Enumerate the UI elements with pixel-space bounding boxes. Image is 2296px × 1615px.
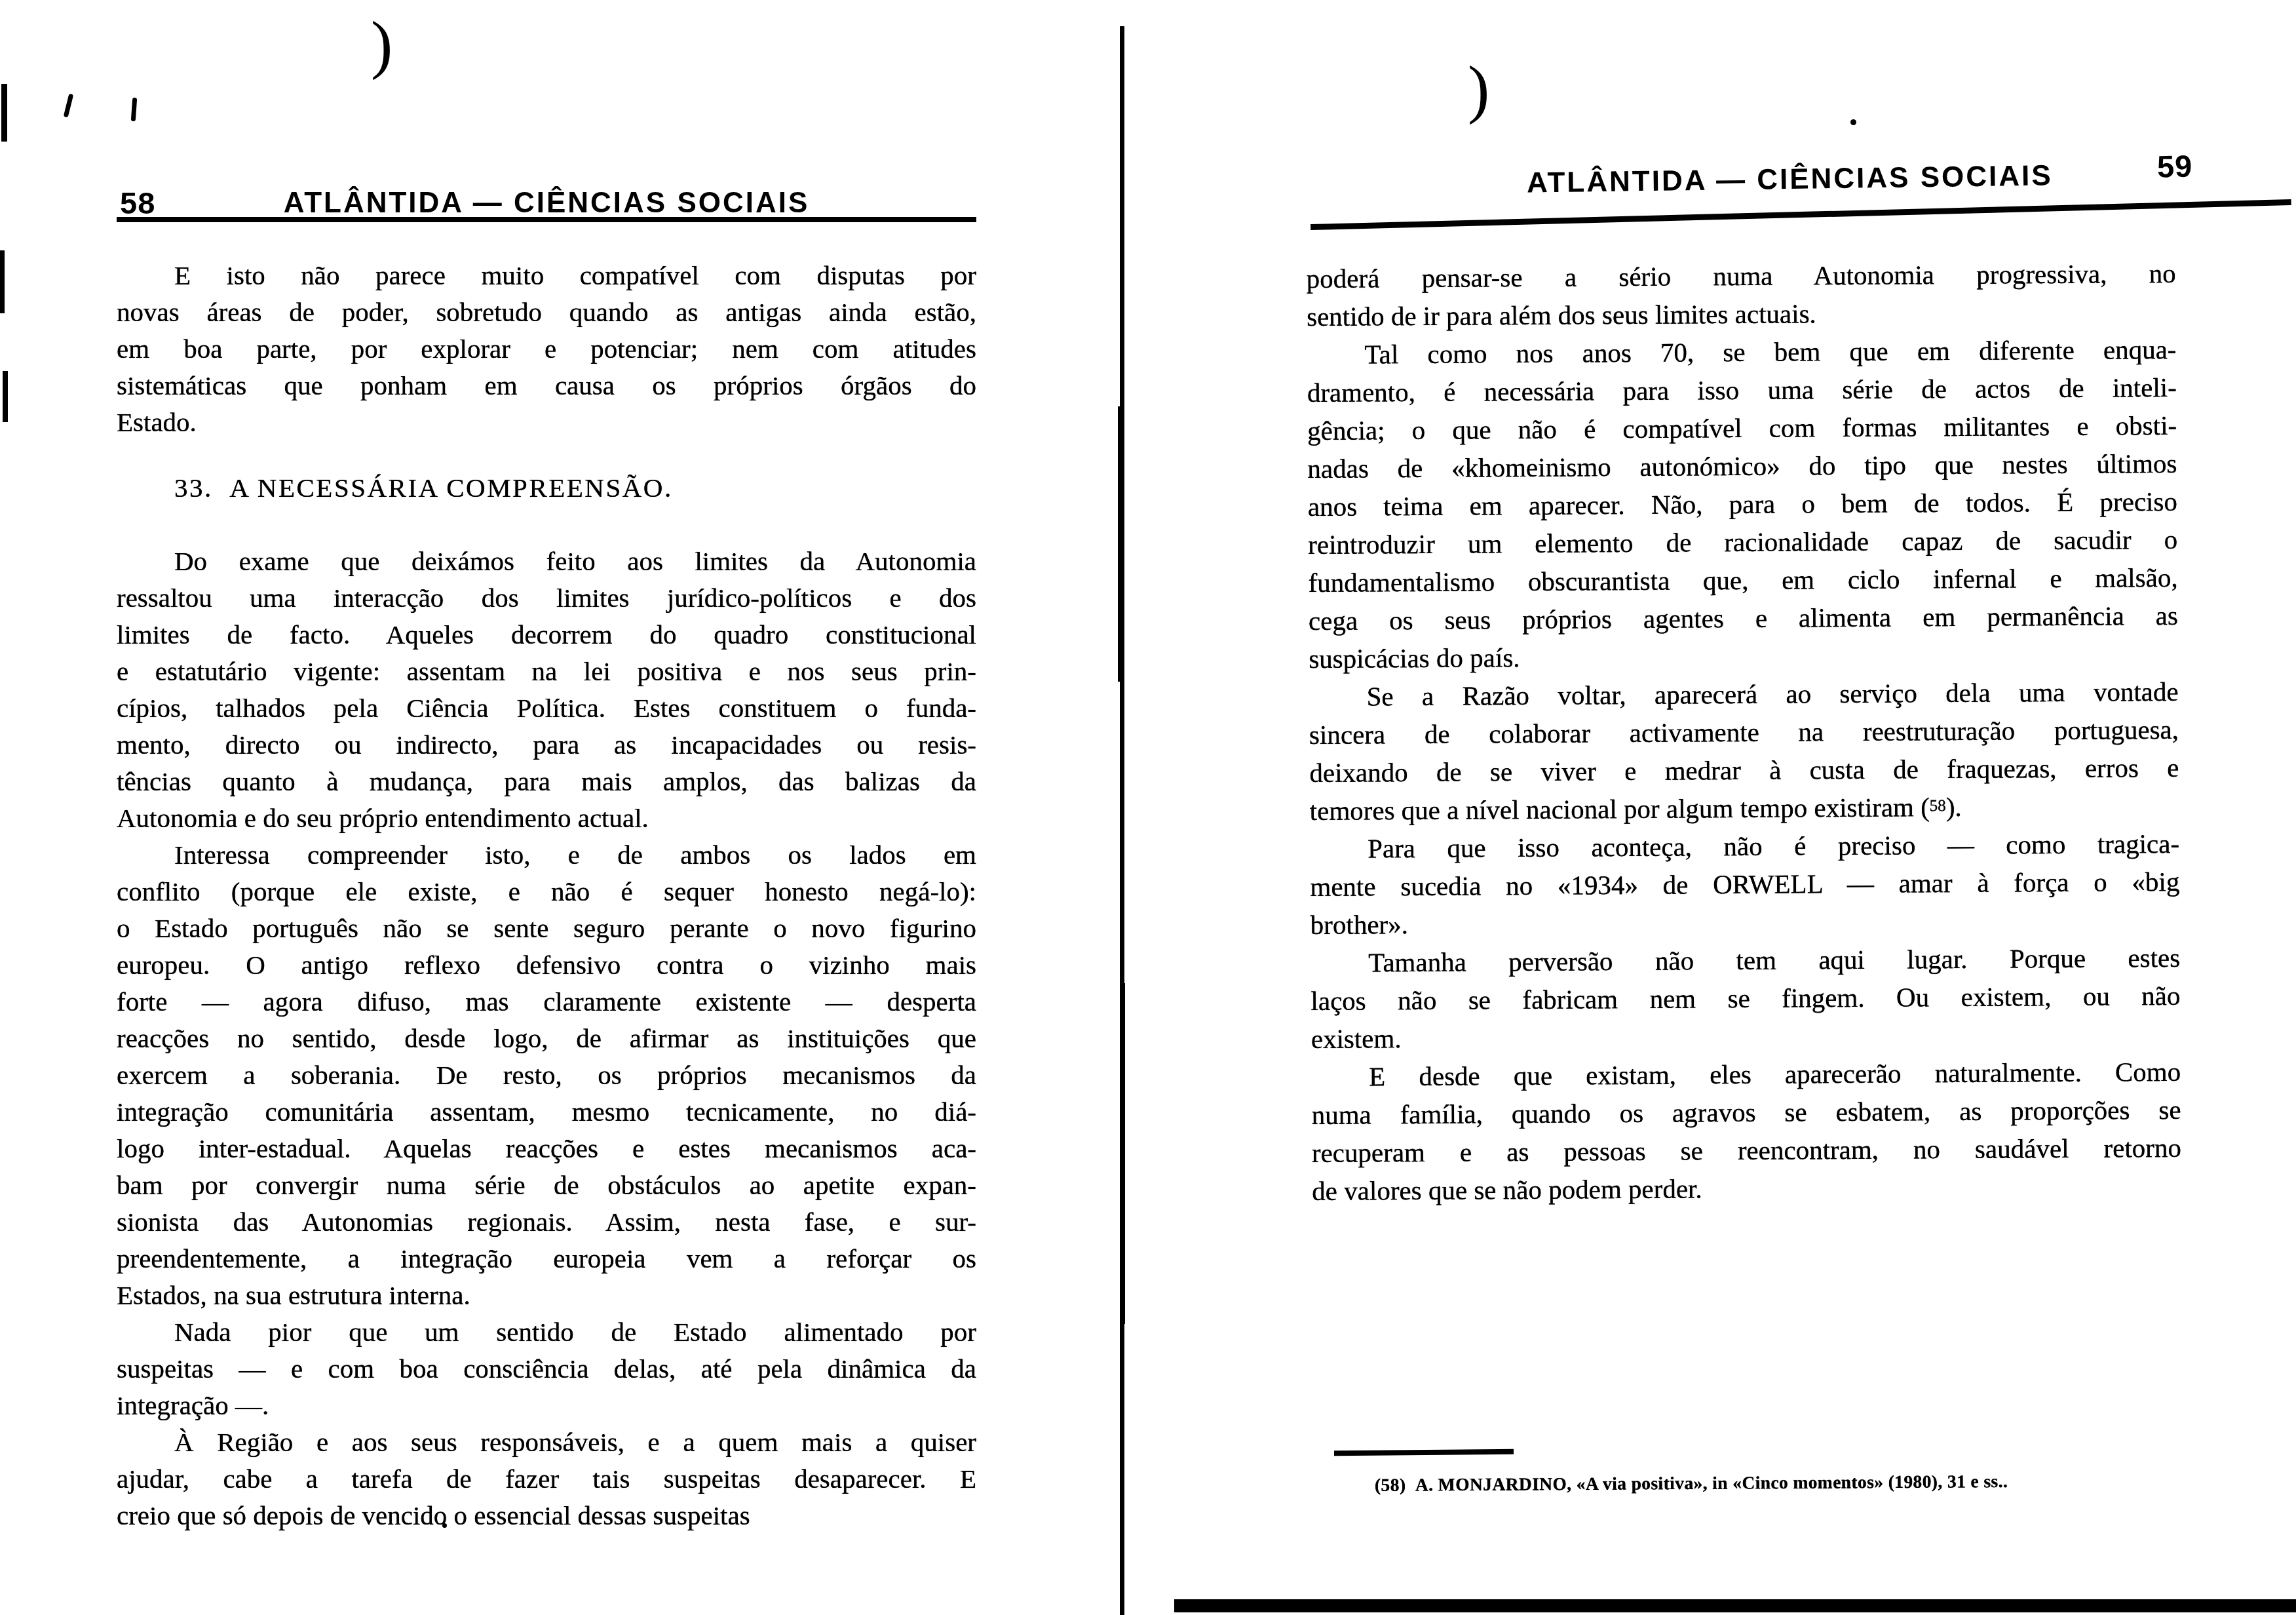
paragraph-block: E isto não parece muito compatível com d…: [117, 257, 976, 440]
text-line: Estado.: [117, 404, 976, 440]
text-line: mento, directo ou indirecto, para as inc…: [117, 726, 976, 763]
text-line: sionista das Autonomias regionais. Assim…: [117, 1203, 976, 1240]
footnote-separator-rule: [1334, 1449, 1514, 1456]
text-line: ajudar, cabe a tarefa de fazer tais susp…: [117, 1460, 976, 1497]
text-line: em boa parte, por explorar e potenciar; …: [117, 330, 976, 367]
page-number-right: 59: [2157, 151, 2193, 182]
text-line: sistemáticas que ponham em causa os próp…: [117, 367, 976, 404]
text-line: suspeitas — e com boa consciência delas,…: [117, 1350, 976, 1387]
text-line: conflito (porque ele existe, e não é seq…: [117, 873, 976, 910]
text-line: Estados, na sua estrutura interna.: [117, 1277, 976, 1313]
running-header-left: ATLÂNTIDA — CIÊNCIAS SOCIAIS: [117, 189, 976, 218]
page-edge-mark: [0, 250, 5, 313]
text-line: anos teima em aparecer. Não, para o bem …: [1308, 482, 2177, 526]
ink-speck: [442, 1523, 447, 1528]
text-line: laços não se fabricam nem se fingem. Ou …: [1311, 977, 2180, 1020]
text-line: Tamanha perversão não tem aqui lugar. Po…: [1311, 939, 2180, 982]
text-line: preendentemente, a integração europeia v…: [117, 1240, 976, 1277]
text-line: e estatutário vigente: assentam na lei p…: [117, 653, 976, 690]
text-line: Autonomia e do seu próprio entendimento …: [117, 800, 976, 836]
text-line: Para que isso aconteça, não é preciso — …: [1310, 825, 2179, 868]
paren-ink-mark: ): [371, 12, 392, 77]
text-line: cípios, talhados pela Ciência Política. …: [117, 690, 976, 726]
text-line: europeu. O antigo reflexo defensivo cont…: [117, 946, 976, 983]
text-line: Se a Razão voltar, aparecerá ao serviço …: [1309, 672, 2178, 716]
paren-ink-mark: ): [1468, 56, 1489, 122]
header-rule-right: [1311, 199, 2291, 230]
binding-gutter-line: [1118, 406, 1120, 682]
text-line: integração comunitária assentam, mesmo t…: [117, 1093, 976, 1130]
left-page-text-column: E isto não parece muito compatível com d…: [117, 257, 976, 1534]
text-line: integração —.: [117, 1387, 976, 1424]
text-line: Nada pior que um sentido de Estado alime…: [117, 1313, 976, 1350]
text-line: existem.: [1311, 1015, 2181, 1058]
text-line: fundamentalismo obscurantista que, em ci…: [1308, 558, 2177, 602]
scanned-book-spread: 58 ATLÂNTIDA — CIÊNCIAS SOCIAIS E isto n…: [0, 0, 2296, 1615]
running-header-right: ATLÂNTIDA — CIÊNCIAS SOCIAIS: [1527, 161, 2053, 197]
ink-speck: [1850, 119, 1856, 125]
binding-gutter-line: [1122, 983, 1125, 1324]
scan-edge-bar: [1174, 1599, 2296, 1612]
footnote-text: (58) A. MONJARDINO, «A via positiva», in…: [1375, 1469, 2200, 1496]
text-line: dramento, é necessária para isso uma sér…: [1307, 368, 2177, 412]
text-line: exercem a soberania. De resto, os própri…: [117, 1057, 976, 1093]
text-line: sentido de ir para além dos seus limites…: [1307, 292, 2176, 336]
ink-speck: [64, 94, 74, 118]
text-line: brother».: [1311, 901, 2180, 944]
text-line: limites de facto. Aqueles decorrem do qu…: [117, 616, 976, 653]
text-line: recuperam e as pessoas se reencontram, n…: [1312, 1129, 2181, 1172]
text-line: o Estado português não se sente seguro p…: [117, 910, 976, 946]
text-line: Tal como nos anos 70, se bem que em dife…: [1307, 330, 2176, 374]
text-line: reacções no sentido, desde logo, de afir…: [117, 1020, 976, 1057]
paragraph-block: Do exame que deixámos feito aos limites …: [117, 543, 976, 1534]
text-line: novas áreas de poder, sobretudo quando a…: [117, 294, 976, 330]
text-line: deixando de se viver e medrar à custa de…: [1309, 749, 2179, 792]
text-line: tências quanto à mudança, para mais ampl…: [117, 763, 976, 800]
text-line: de valores que se não podem perder.: [1312, 1167, 2181, 1210]
text-line: nadas de «khomeinismo autonómico» do tip…: [1307, 444, 2177, 488]
ink-speck: [131, 98, 137, 121]
text-line: forte — agora difuso, mas claramente exi…: [117, 983, 976, 1020]
page-edge-mark: [1, 84, 7, 142]
header-rule-left: [117, 217, 976, 222]
text-line: Interessa compreender isto, e de ambos o…: [117, 836, 976, 873]
text-line: ressaltou uma interacção dos limites jur…: [117, 579, 976, 616]
text-line: bam por convergir numa série de obstácul…: [117, 1167, 976, 1203]
text-line: E isto não parece muito compatível com d…: [117, 257, 976, 294]
text-line: mente sucedia no «1934» de ORWELL — amar…: [1310, 863, 2179, 906]
text-line: creio que só depois de vencido o essenci…: [117, 1497, 976, 1534]
text-line: À Região e aos seus responsáveis, e a qu…: [117, 1424, 976, 1460]
text-line: cega os seus próprios agentes e alimenta…: [1309, 596, 2178, 640]
right-page-text-column: poderá pensar-se a sério numa Autonomia …: [1307, 254, 2182, 1210]
text-line: E desde que existam, eles aparecerão nat…: [1311, 1053, 2181, 1096]
page-edge-mark: [3, 371, 8, 422]
text-line: reintroduzir um elemento de racionalidad…: [1308, 520, 2177, 564]
text-line: gência; o que não é compatível com forma…: [1307, 406, 2177, 450]
text-line: logo inter-estadual. Aquelas reacções e …: [117, 1130, 976, 1167]
text-line: poderá pensar-se a sério numa Autonomia …: [1307, 254, 2176, 298]
binding-gutter-line: [1120, 26, 1124, 1615]
section-heading: 33. A NECESSÁRIA COMPREENSÃO.: [117, 469, 976, 506]
text-line: numa família, quando os agravos se esbat…: [1311, 1091, 2181, 1134]
text-line: temores que a nível nacional por algum t…: [1310, 787, 2179, 830]
text-line: Do exame que deixámos feito aos limites …: [117, 543, 976, 579]
text-line: suspicácias do país.: [1309, 634, 2178, 678]
text-line: sincera de colaborar activamente na rees…: [1309, 710, 2179, 754]
